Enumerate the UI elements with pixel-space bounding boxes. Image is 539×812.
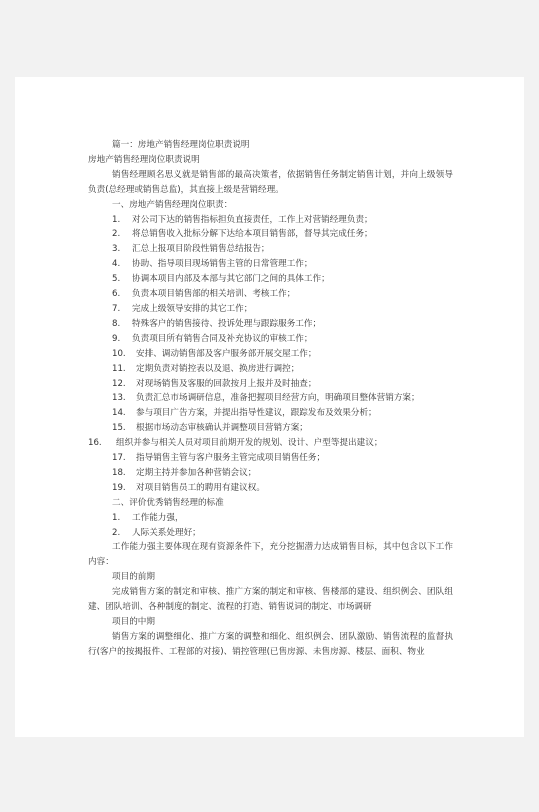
list-item: 16.组织并参与相关人员对项目前期开发的规划、设计、户型等提出建议；: [88, 436, 453, 451]
phase-early-title: 项目的前期: [88, 570, 453, 585]
list-item: 15.根据市场动态审核确认并调整项目营销方案；: [88, 421, 453, 436]
phase-mid-paragraph: 销售方案的调整细化、推广方案的调整和细化、组织例会、团队激励、销售流程的监督执行…: [88, 630, 453, 660]
phase-early-paragraph: 完成销售方案的制定和审核、推广方案的制定和审核、售楼部的建设、组织例会、团队组建…: [88, 585, 453, 615]
list-item: 7.完成上级领导安排的其它工作；: [88, 302, 453, 317]
list-item: 13.负责汇总市场调研信息，准备把握项目经营方向，明确项目整体营销方案；: [88, 391, 453, 406]
list-item: 17.指导销售主管与客户服务主管完成项目销售任务；: [88, 451, 453, 466]
document-body: 篇一：房地产销售经理岗位职责说明 房地产销售经理岗位职责说明 销售经理顾名思义就…: [88, 138, 453, 660]
document-page: 篇一：房地产销售经理岗位职责说明 房地产销售经理岗位职责说明 销售经理顾名思义就…: [15, 77, 524, 737]
ability-paragraph: 工作能力强主要体现在现有资源条件下，充分挖掘潜力达成销售目标，其中包含以下工作内…: [88, 540, 453, 570]
list-item: 2.人际关系处理好；: [88, 526, 453, 541]
list-item: 9.负责项目所有销售合同及补充协议的审核工作；: [88, 332, 453, 347]
list-item: 12.对现场销售及客服的回款按月上报并及时抽查；: [88, 377, 453, 392]
list-item: 11.定期负责对销控表以及退、换房进行调控；: [88, 362, 453, 377]
section-2-list: 1.工作能力强， 2.人际关系处理好；: [88, 511, 453, 541]
list-item: 5.协调本项目内部及本部与其它部门之间的具体工作；: [88, 272, 453, 287]
list-item: 8.特殊客户的销售接待、投诉处理与跟踪服务工作；: [88, 317, 453, 332]
list-item: 1.工作能力强，: [88, 511, 453, 526]
list-item: 6.负责本项目销售部的相关培训、考核工作；: [88, 287, 453, 302]
intro-paragraph: 销售经理顾名思义就是销售部的最高决策者，依据销售任务制定销售计划，并向上级领导负…: [88, 168, 453, 198]
list-item: 2.将总销售收入批标分解下达给本项目销售部，督导其完成任务；: [88, 227, 453, 242]
list-item: 4.协助、指导项目现场销售主管的日常管理工作；: [88, 257, 453, 272]
list-item: 1.对公司下达的销售指标担负直接责任，工作上对营销经理负责；: [88, 213, 453, 228]
document-subheading: 房地产销售经理岗位职责说明: [88, 153, 453, 168]
list-item: 19.对项目销售员工的聘用有建议权。: [88, 481, 453, 496]
document-heading: 篇一：房地产销售经理岗位职责说明: [88, 138, 453, 153]
list-item: 14.参与项目广告方案，并提出指导性建议，跟踪发布及效果分析；: [88, 406, 453, 421]
section-2-title: 二、评价优秀销售经理的标准: [88, 496, 453, 511]
section-1-title: 一、房地产销售经理岗位职责：: [88, 198, 453, 213]
list-item: 3.汇总上报项目阶段性销售总结报告；: [88, 242, 453, 257]
list-item: 10.安排、调动销售部及客户服务部开展交屋工作；: [88, 347, 453, 362]
section-1-list: 1.对公司下达的销售指标担负直接责任，工作上对营销经理负责； 2.将总销售收入批…: [88, 213, 453, 496]
list-item: 18.定期主持并参加各种营销会议；: [88, 466, 453, 481]
phase-mid-title: 项目的中期: [88, 615, 453, 630]
